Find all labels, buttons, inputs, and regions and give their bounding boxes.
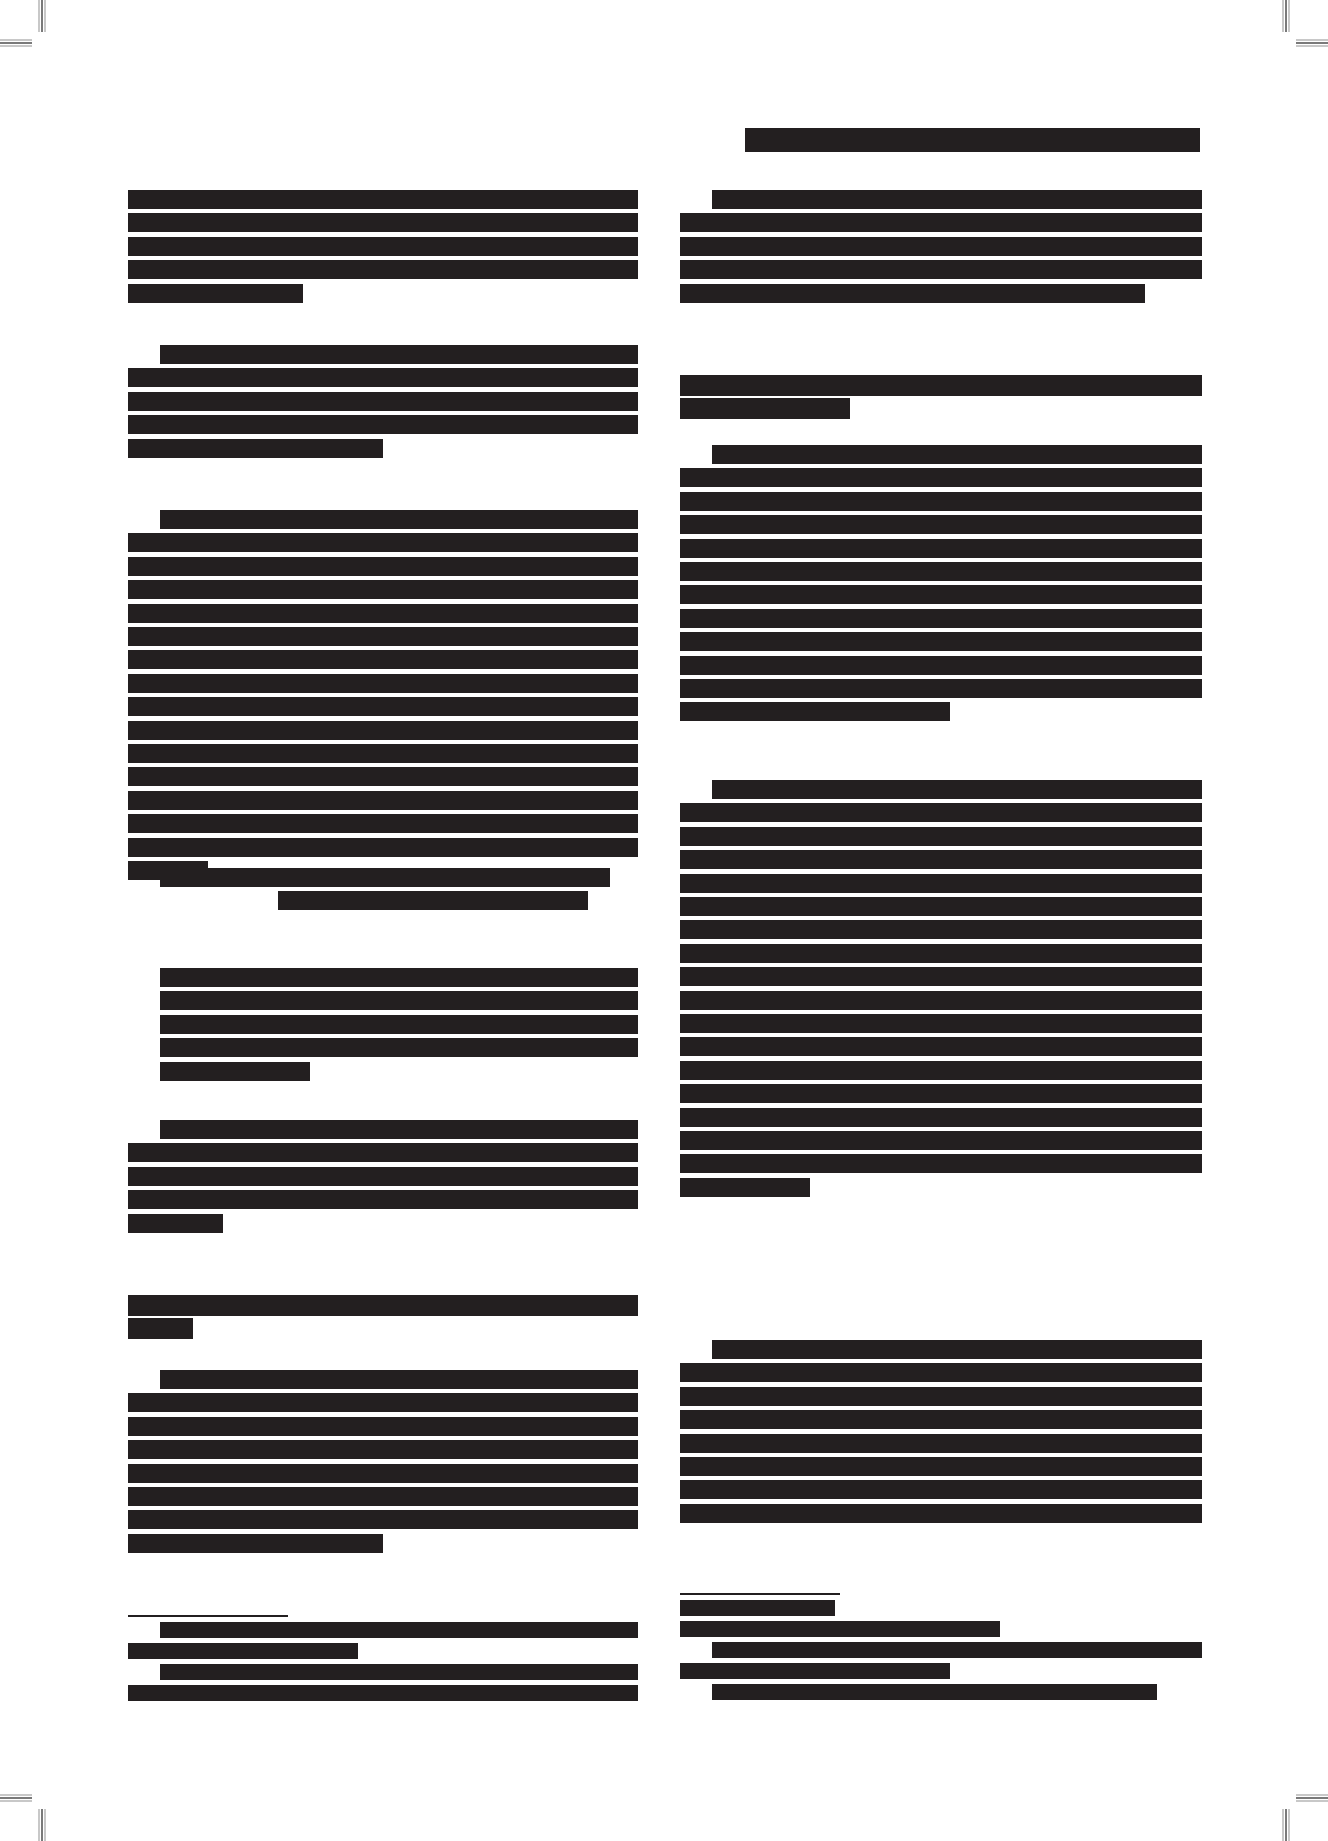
crop-mark bbox=[0, 42, 32, 44]
text-line bbox=[128, 190, 638, 209]
text-line bbox=[680, 1084, 1202, 1103]
text-line bbox=[128, 1167, 638, 1186]
text-line bbox=[128, 604, 638, 623]
crop-mark bbox=[1296, 42, 1328, 44]
text-line bbox=[128, 650, 638, 669]
text-line bbox=[128, 260, 638, 279]
text-line bbox=[128, 213, 638, 232]
text-line bbox=[128, 1143, 638, 1162]
text-line bbox=[160, 968, 638, 987]
text-line bbox=[128, 580, 638, 599]
text-line bbox=[160, 868, 610, 887]
text-line bbox=[128, 439, 383, 458]
text-line bbox=[680, 1504, 1202, 1523]
text-line bbox=[680, 1434, 1202, 1453]
text-line bbox=[128, 1643, 358, 1659]
footnote-divider bbox=[128, 1615, 288, 1617]
text-line bbox=[680, 1108, 1202, 1127]
text-line bbox=[160, 991, 638, 1010]
text-line bbox=[128, 1487, 638, 1506]
text-line bbox=[128, 237, 638, 256]
crop-mark bbox=[0, 1797, 32, 1799]
text-line bbox=[128, 674, 638, 693]
text-line bbox=[680, 967, 1202, 986]
text-line bbox=[128, 1190, 638, 1209]
text-line bbox=[160, 1062, 310, 1081]
text-line bbox=[680, 827, 1202, 846]
text-line bbox=[160, 510, 638, 529]
text-line bbox=[128, 814, 638, 833]
text-line bbox=[712, 1684, 1157, 1700]
text-line bbox=[128, 1440, 638, 1459]
text-line bbox=[680, 539, 1202, 558]
text-line bbox=[128, 284, 303, 303]
text-line bbox=[680, 1600, 835, 1616]
crop-mark bbox=[1296, 1797, 1328, 1799]
text-line bbox=[680, 260, 1202, 279]
text-line bbox=[680, 1061, 1202, 1080]
text-line bbox=[128, 627, 638, 646]
text-line bbox=[680, 1387, 1202, 1406]
text-line bbox=[128, 392, 638, 411]
text-line bbox=[128, 1393, 638, 1412]
text-line bbox=[680, 920, 1202, 939]
text-line bbox=[680, 1178, 810, 1197]
text-line bbox=[128, 533, 638, 552]
text-line bbox=[680, 398, 850, 419]
crop-mark bbox=[1285, 0, 1287, 32]
text-line bbox=[680, 375, 1202, 396]
text-line bbox=[128, 1510, 638, 1529]
text-line bbox=[160, 1015, 638, 1034]
text-line bbox=[680, 874, 1202, 893]
crop-mark bbox=[41, 0, 43, 32]
text-line bbox=[128, 721, 638, 740]
text-line bbox=[278, 891, 588, 910]
text-line bbox=[680, 1363, 1202, 1382]
text-line bbox=[128, 744, 638, 763]
text-line bbox=[128, 1214, 223, 1233]
text-line bbox=[128, 1685, 638, 1701]
text-line bbox=[160, 345, 638, 364]
text-line bbox=[712, 780, 1202, 799]
text-line bbox=[680, 515, 1202, 534]
text-line bbox=[680, 656, 1202, 675]
text-line bbox=[680, 1663, 950, 1679]
text-line bbox=[128, 1295, 638, 1316]
text-line bbox=[128, 697, 638, 716]
text-line bbox=[160, 1664, 638, 1680]
text-line bbox=[680, 1037, 1202, 1056]
text-line bbox=[128, 1417, 638, 1436]
text-line bbox=[712, 1340, 1202, 1359]
text-line bbox=[128, 1464, 638, 1483]
text-line bbox=[680, 1014, 1202, 1033]
text-line bbox=[680, 1410, 1202, 1429]
text-line bbox=[680, 562, 1202, 581]
text-line bbox=[680, 944, 1202, 963]
text-line bbox=[680, 803, 1202, 822]
text-line bbox=[680, 991, 1202, 1010]
text-line bbox=[128, 368, 638, 387]
text-line bbox=[680, 284, 1145, 303]
text-line bbox=[712, 1642, 1202, 1658]
text-line bbox=[160, 1370, 638, 1389]
text-line bbox=[160, 1120, 638, 1139]
text-line bbox=[160, 1038, 638, 1057]
text-line bbox=[680, 609, 1202, 628]
text-line bbox=[680, 702, 950, 721]
text-line bbox=[128, 1318, 193, 1339]
crop-mark bbox=[41, 1809, 43, 1841]
text-line bbox=[680, 632, 1202, 651]
text-line bbox=[680, 1480, 1202, 1499]
crop-mark bbox=[1285, 1809, 1287, 1841]
text-line bbox=[160, 1622, 638, 1638]
text-line bbox=[680, 850, 1202, 869]
text-line bbox=[712, 190, 1202, 209]
text-line bbox=[680, 237, 1202, 256]
text-line bbox=[712, 445, 1202, 464]
text-line bbox=[680, 1154, 1202, 1173]
text-line bbox=[128, 557, 638, 576]
text-line bbox=[680, 679, 1202, 698]
text-line bbox=[680, 1621, 1000, 1637]
text-line bbox=[680, 1457, 1202, 1476]
text-line bbox=[680, 468, 1202, 487]
text-line bbox=[680, 213, 1202, 232]
text-line bbox=[680, 585, 1202, 604]
text-line bbox=[128, 1534, 383, 1553]
text-line bbox=[128, 838, 638, 857]
text-line bbox=[128, 791, 638, 810]
text-line bbox=[680, 1131, 1202, 1150]
text-line bbox=[680, 897, 1202, 916]
running-header bbox=[745, 128, 1200, 152]
footnote-divider bbox=[680, 1593, 840, 1595]
text-line bbox=[128, 767, 638, 786]
text-line bbox=[128, 415, 638, 434]
text-line bbox=[680, 492, 1202, 511]
